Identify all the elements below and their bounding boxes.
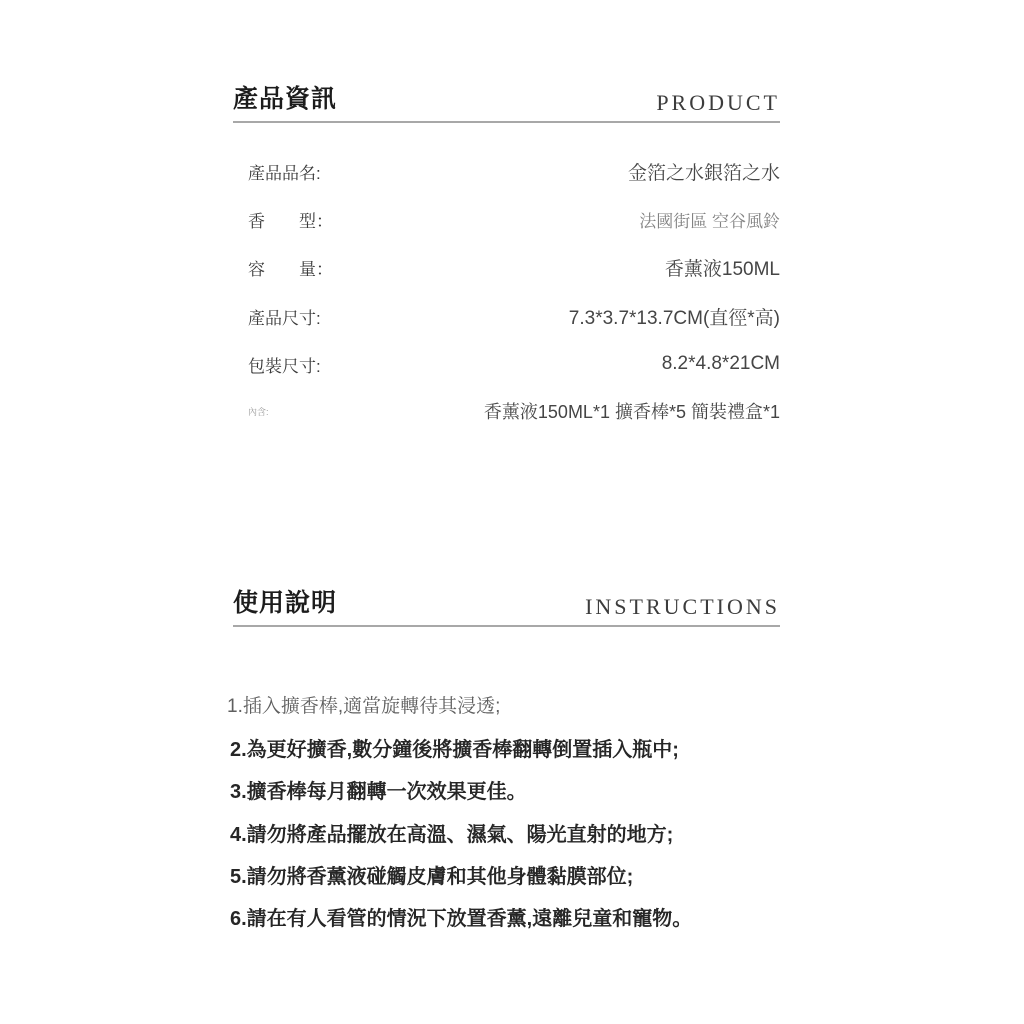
- product-section-title: 產品資訊: [233, 86, 337, 122]
- instruction-item-6: 6.請在有人看管的情況下放置香薰,遠離兒童和寵物。: [230, 906, 780, 932]
- spec-label: 容 量：: [233, 255, 333, 280]
- product-section-header: 產品資訊 PRODUCT: [233, 80, 780, 123]
- product-section-title-en: PRODUCT: [656, 91, 780, 121]
- spec-value: 金箔之水銀箔之水: [628, 158, 780, 185]
- spec-value: 香薰液150ML: [665, 254, 780, 281]
- spec-value: 法國街區 空谷風鈴: [639, 207, 780, 232]
- spec-label: 產品尺寸:: [233, 304, 321, 329]
- spec-row-scent-type: 香 型： 法國街區 空谷風鈴: [233, 206, 780, 232]
- instructions-section-title-en: INSTRUCTIONS: [585, 595, 780, 625]
- instruction-item-1: 1.插入擴香棒,適當旋轉待其浸透;: [227, 694, 780, 720]
- spec-value: 香薰液150ML*1 擴香棒*5 簡裝禮盒*1: [484, 398, 780, 424]
- instruction-item-4: 4.請勿將產品擺放在高溫、濕氣、陽光直射的地方;: [230, 822, 780, 848]
- spec-label: 香 型：: [233, 207, 333, 232]
- instruction-item-2: 2.為更好擴香,數分鐘後將擴香棒翻轉倒置插入瓶中;: [230, 737, 780, 763]
- spec-label: 內含:: [233, 405, 269, 418]
- spec-value: 8.2*4.8*21CM: [662, 353, 780, 375]
- spec-label: 包裝尺寸:: [233, 352, 321, 377]
- spec-row-contents: 內含: 香薰液150ML*1 擴香棒*5 簡裝禮盒*1: [233, 398, 780, 424]
- spec-row-product-size: 產品尺寸: 7.3*3.7*13.7CM(直徑*高): [233, 303, 780, 329]
- instructions-section-title: 使用說明: [233, 590, 337, 626]
- spec-label: 產品品名:: [233, 159, 321, 184]
- spec-row-package-size: 包裝尺寸: 8.2*4.8*21CM: [233, 351, 780, 377]
- instructions-section-header: 使用說明 INSTRUCTIONS: [233, 586, 780, 627]
- product-info-page: 產品資訊 PRODUCT 產品品名: 金箔之水銀箔之水 香 型： 法國街區 空谷…: [0, 0, 1024, 1024]
- instruction-item-3: 3.擴香棒每月翻轉一次效果更佳。: [230, 779, 780, 805]
- content-column: 產品資訊 PRODUCT 產品品名: 金箔之水銀箔之水 香 型： 法國街區 空谷…: [233, 0, 780, 1024]
- spec-row-capacity: 容 量： 香薰液150ML: [233, 254, 780, 280]
- instruction-item-5: 5.請勿將香薰液碰觸皮膚和其他身體黏膜部位;: [230, 864, 780, 890]
- spec-row-product-name: 產品品名: 金箔之水銀箔之水: [233, 158, 780, 184]
- spec-value: 7.3*3.7*13.7CM(直徑*高): [569, 303, 780, 330]
